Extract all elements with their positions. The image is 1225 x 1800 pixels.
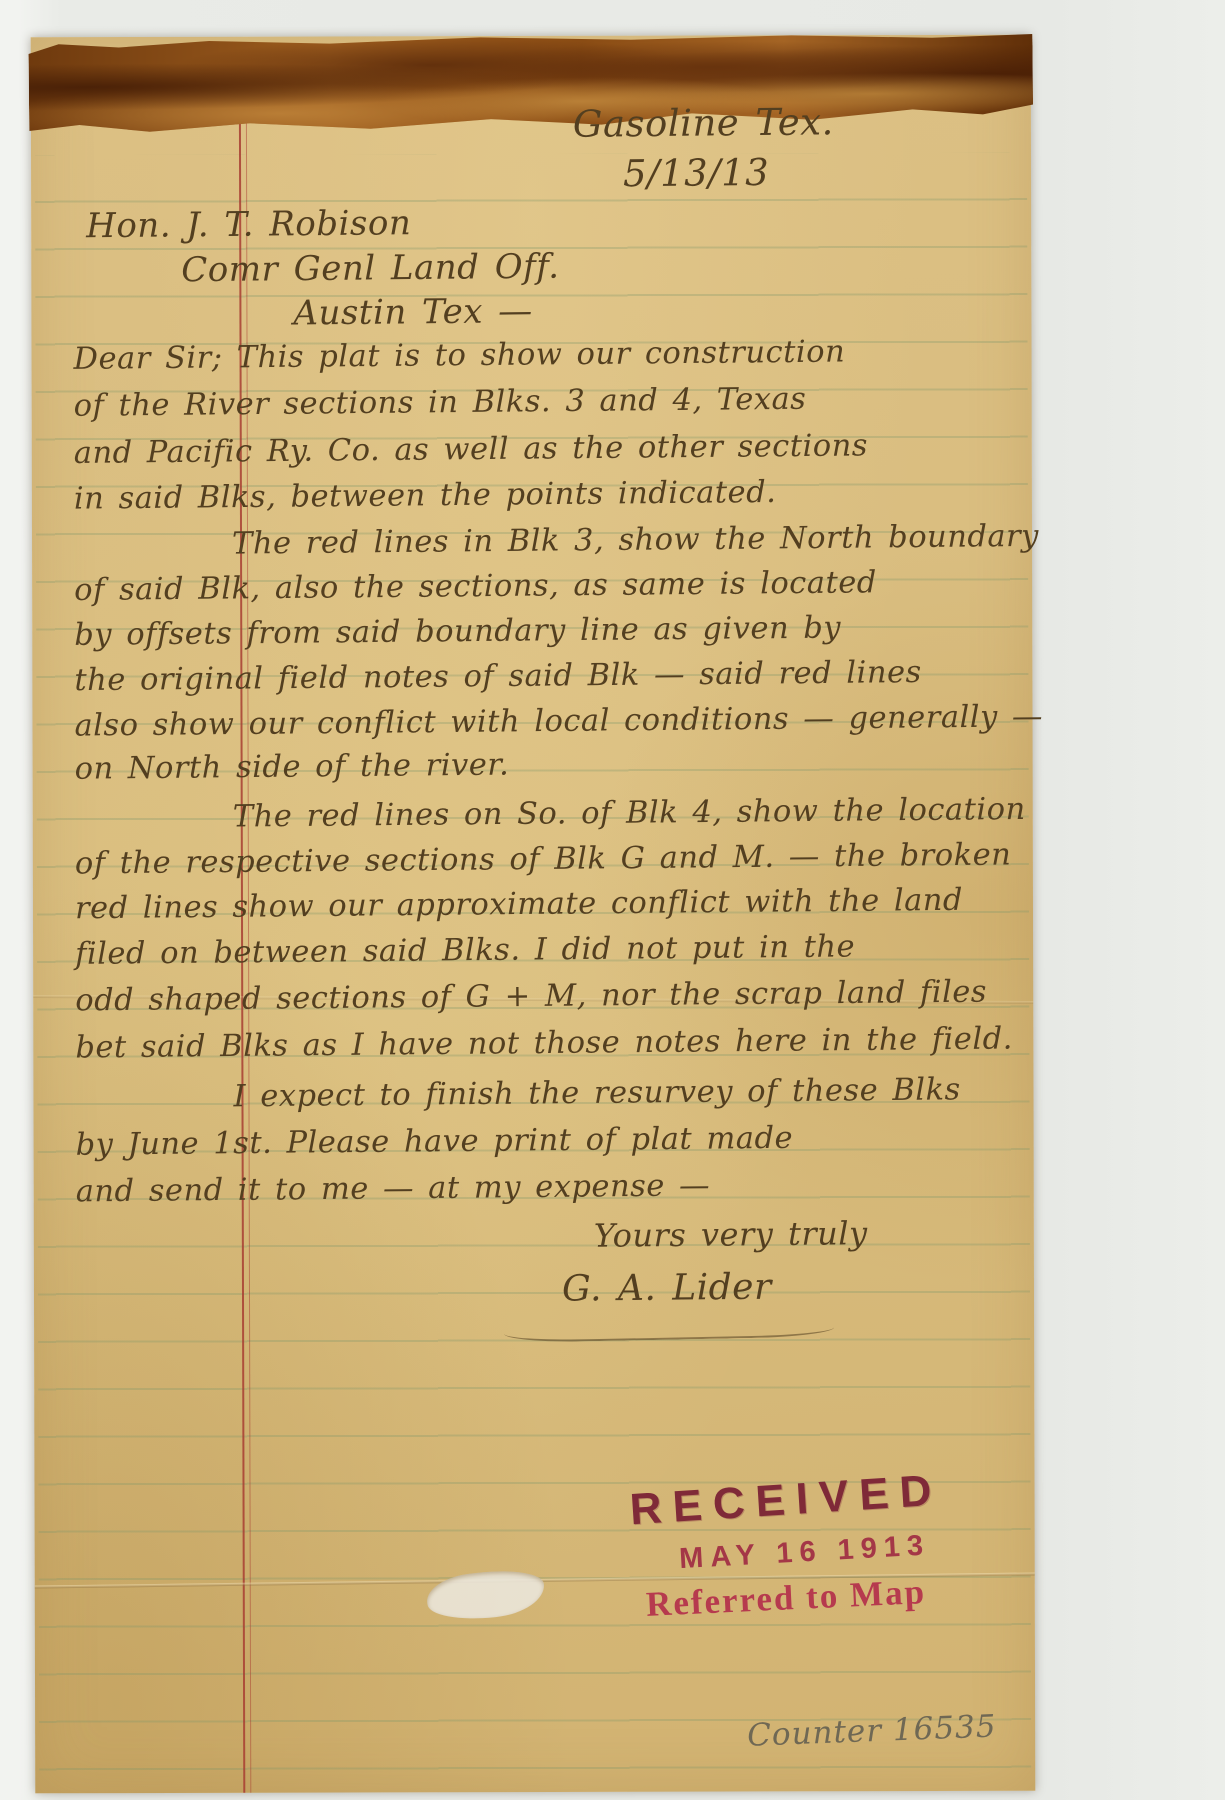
- counter-note: Counter 16535: [747, 1708, 998, 1753]
- recipient-name: Hon. J. T. Robison: [86, 203, 411, 246]
- letter-line: I expect to finish the resurvey of these…: [233, 1072, 961, 1114]
- binding-residue-strip: [28, 31, 1033, 135]
- received-stamp: RECEIVED MAY 16 1913 Referred to Map: [628, 1466, 949, 1629]
- letter-sheet: Gasoline Tex. 5/13/13 Hon. J. T. Robison…: [31, 35, 1036, 1794]
- letter-line: filed on between said Blks. I did not pu…: [75, 929, 855, 971]
- letter-line: by offsets from said boundary line as gi…: [74, 611, 841, 653]
- letter-date: 5/13/13: [623, 151, 770, 195]
- letter-line: of said Blk, also the sections, as same …: [74, 565, 877, 608]
- recipient-title: Comr Genl Land Off.: [181, 247, 559, 291]
- letter-line: Dear Sir; This plat is to show our const…: [73, 334, 845, 376]
- recipient-city: Austin Tex —: [293, 291, 533, 333]
- letter-line: and send it to me — at my expense —: [76, 1168, 711, 1209]
- signature-flourish: [504, 1318, 834, 1343]
- letter-line: in said Blks, between the points indicat…: [74, 475, 777, 517]
- letter-line: also show our conflict with local condit…: [74, 699, 1043, 743]
- letter-line: and Pacific Ry. Co. as well as the other…: [74, 428, 869, 471]
- letter-line: red lines show our approximate conflict …: [75, 883, 963, 927]
- letter-line: by June 1st. Please have print of plat m…: [75, 1121, 793, 1163]
- letter-closing: Yours very truly: [594, 1214, 868, 1255]
- scanned-letter-page: { "letter": { "place": "Gasoline Tex.", …: [0, 0, 1225, 1800]
- letter-line: the original field notes of said Blk — s…: [74, 655, 922, 698]
- letter-line: bet said Blks as I have not those notes …: [75, 1021, 1013, 1065]
- letter-line: on North side of the river.: [74, 748, 509, 787]
- letter-line: of the respective sections of Blk G and …: [75, 837, 1012, 881]
- stamp-received-text: RECEIVED: [628, 1466, 944, 1536]
- letter-line: The red lines on So. of Blk 4, show the …: [233, 792, 1026, 835]
- stamp-referred-text: Referred to Map: [645, 1571, 949, 1625]
- stamp-date-text: MAY 16 1913: [678, 1529, 946, 1577]
- paper-tear: [425, 1566, 547, 1624]
- letter-place: Gasoline Tex.: [573, 100, 834, 146]
- letter-line: odd shaped sections of G + M, nor the sc…: [75, 975, 987, 1019]
- letter-line: of the River sections in Blks. 3 and 4, …: [74, 382, 807, 424]
- letter-line: The red lines in Blk 3, show the North b…: [232, 519, 1039, 562]
- letter-signature: G. A. Lider: [562, 1267, 772, 1310]
